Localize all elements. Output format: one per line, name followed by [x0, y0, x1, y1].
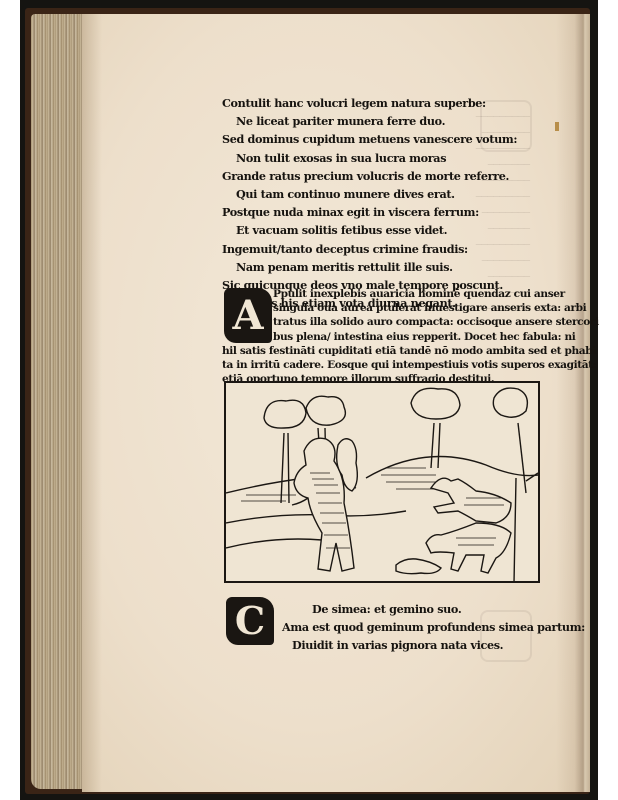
- prose-line: bus plena/ intestina eius repperit. Doce…: [222, 330, 540, 344]
- page-edge-shadow: [82, 14, 102, 792]
- verse-line: Diuidit in varias pignora nata vices.: [282, 636, 585, 654]
- verse-line: Postque nuda minax egit in viscera ferru…: [222, 203, 538, 221]
- verse-line: Grande ratus precium volucris de morte r…: [222, 167, 538, 185]
- decorated-initial-c: C: [226, 597, 274, 645]
- page-gutter: [556, 14, 590, 792]
- fable-moral-prose: Ppulit inexplebis auaricia hominē quenda…: [222, 287, 540, 386]
- verse-line: Non tulit exosas in sua lucra moras: [222, 149, 538, 167]
- paper-stain: [555, 122, 559, 131]
- woodcut-drawing: [226, 383, 538, 581]
- fable-verses: Contulit hanc volucri legem natura super…: [222, 94, 538, 312]
- verse-line: Et vacuam solitis fetibus esse videt.: [222, 221, 538, 239]
- verse-line: Ne liceat pariter munera ferre duo.: [222, 112, 538, 130]
- page-stack-fore-edge: [31, 14, 85, 789]
- prose-line: hil satis festināti cupiditati etiā tand…: [222, 344, 540, 358]
- verse-line: Contulit hanc volucri legem natura super…: [222, 94, 538, 112]
- verse-line: Qui tam continuo munere dives erat.: [222, 185, 538, 203]
- fable-title: De simea: et gemino suo.: [282, 600, 585, 618]
- verse-line: Ingemuit/tanto deceptus crimine fraudis:: [222, 240, 538, 258]
- fable-2-text: De simea: et gemino suo. Ama est quod ge…: [282, 600, 585, 654]
- prose-line: singula oua aurea ptulerat inuestigare a…: [222, 301, 540, 315]
- verse-line: Ama est quod geminum profundens simea pa…: [282, 618, 585, 636]
- verse-line: Nam penam meritis rettulit ille suis.: [222, 258, 538, 276]
- prose-line: ta in irritū cadere. Eosque qui intempes…: [222, 358, 540, 372]
- prose-line: tratus illa solido auro compacta: occiso…: [222, 315, 540, 329]
- verse-line: Sed dominus cupidum metuens vanescere vo…: [222, 130, 538, 148]
- prose-line: Ppulit inexplebis auaricia hominē quenda…: [222, 287, 540, 301]
- woodcut-illustration: [224, 381, 540, 583]
